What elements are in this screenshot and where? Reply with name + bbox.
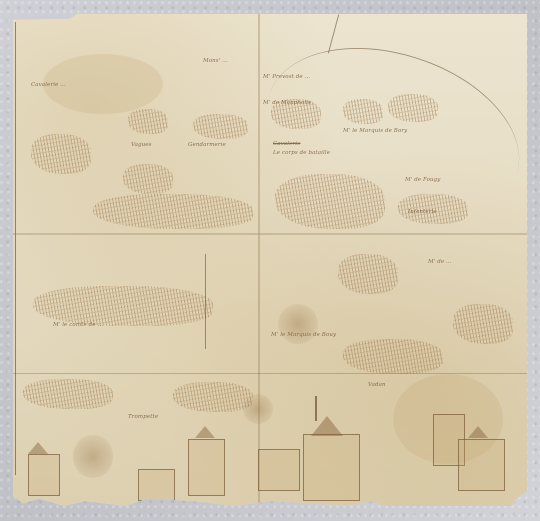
troop-formation	[123, 164, 173, 194]
troop-formation	[453, 304, 513, 344]
troop-formation	[23, 379, 113, 409]
boundary-line	[328, 15, 339, 54]
label-town: Vadan	[368, 382, 386, 388]
label-crossed: Cavalerie	[273, 141, 300, 147]
troop-formation	[343, 339, 443, 374]
label-fold-1: M' Prevost de ...	[263, 74, 310, 80]
label-lower-center: M' le Marquis de Bouy	[271, 332, 336, 338]
label-lower-left: M' le comte de ...	[53, 322, 103, 328]
troop-formation	[93, 194, 253, 229]
horizontal-fold	[13, 233, 527, 235]
pike-line	[205, 254, 206, 349]
left-margin-line	[15, 22, 16, 475]
troop-formation	[275, 174, 385, 229]
label-center-sub: Le corps de bataille	[273, 150, 330, 156]
troop-formation	[31, 134, 91, 174]
house	[458, 439, 505, 491]
troop-formation	[33, 286, 213, 326]
label-trompette: Trompette	[128, 414, 158, 420]
label-top-left: Cavalerie ...	[31, 82, 66, 88]
house	[258, 449, 300, 491]
label-right-2: Infanterie	[408, 209, 437, 215]
label-right-mid: M' de ...	[428, 259, 452, 265]
house	[138, 469, 175, 501]
tree	[278, 304, 318, 344]
vertical-fold	[258, 14, 260, 506]
troop-formation	[128, 109, 168, 134]
roof	[195, 426, 215, 438]
label-mid-left-2: Gendarmerie	[188, 142, 226, 148]
troop-formation	[388, 94, 438, 122]
roof	[28, 442, 48, 454]
troop-formation	[173, 382, 253, 412]
tree	[243, 394, 273, 424]
roof	[468, 426, 488, 438]
tree	[73, 434, 113, 479]
label-right-1: M' de Fougy	[405, 177, 441, 183]
house	[28, 454, 60, 496]
church	[303, 434, 360, 501]
church-spire	[315, 396, 317, 421]
troop-formation	[193, 114, 248, 139]
label-top-center: Mons' ...	[203, 58, 228, 64]
manuscript-sheet: Cavalerie ... Mons' ... M' Prevost de ..…	[13, 14, 527, 506]
troop-formation	[338, 254, 398, 294]
label-center-right: M' le Marquis de Bory	[343, 128, 407, 134]
troop-formation	[343, 99, 383, 124]
label-fold-2: M' de Monpholie	[263, 100, 312, 106]
label-mid-left-1: Vagues	[131, 142, 152, 148]
house	[188, 439, 225, 496]
